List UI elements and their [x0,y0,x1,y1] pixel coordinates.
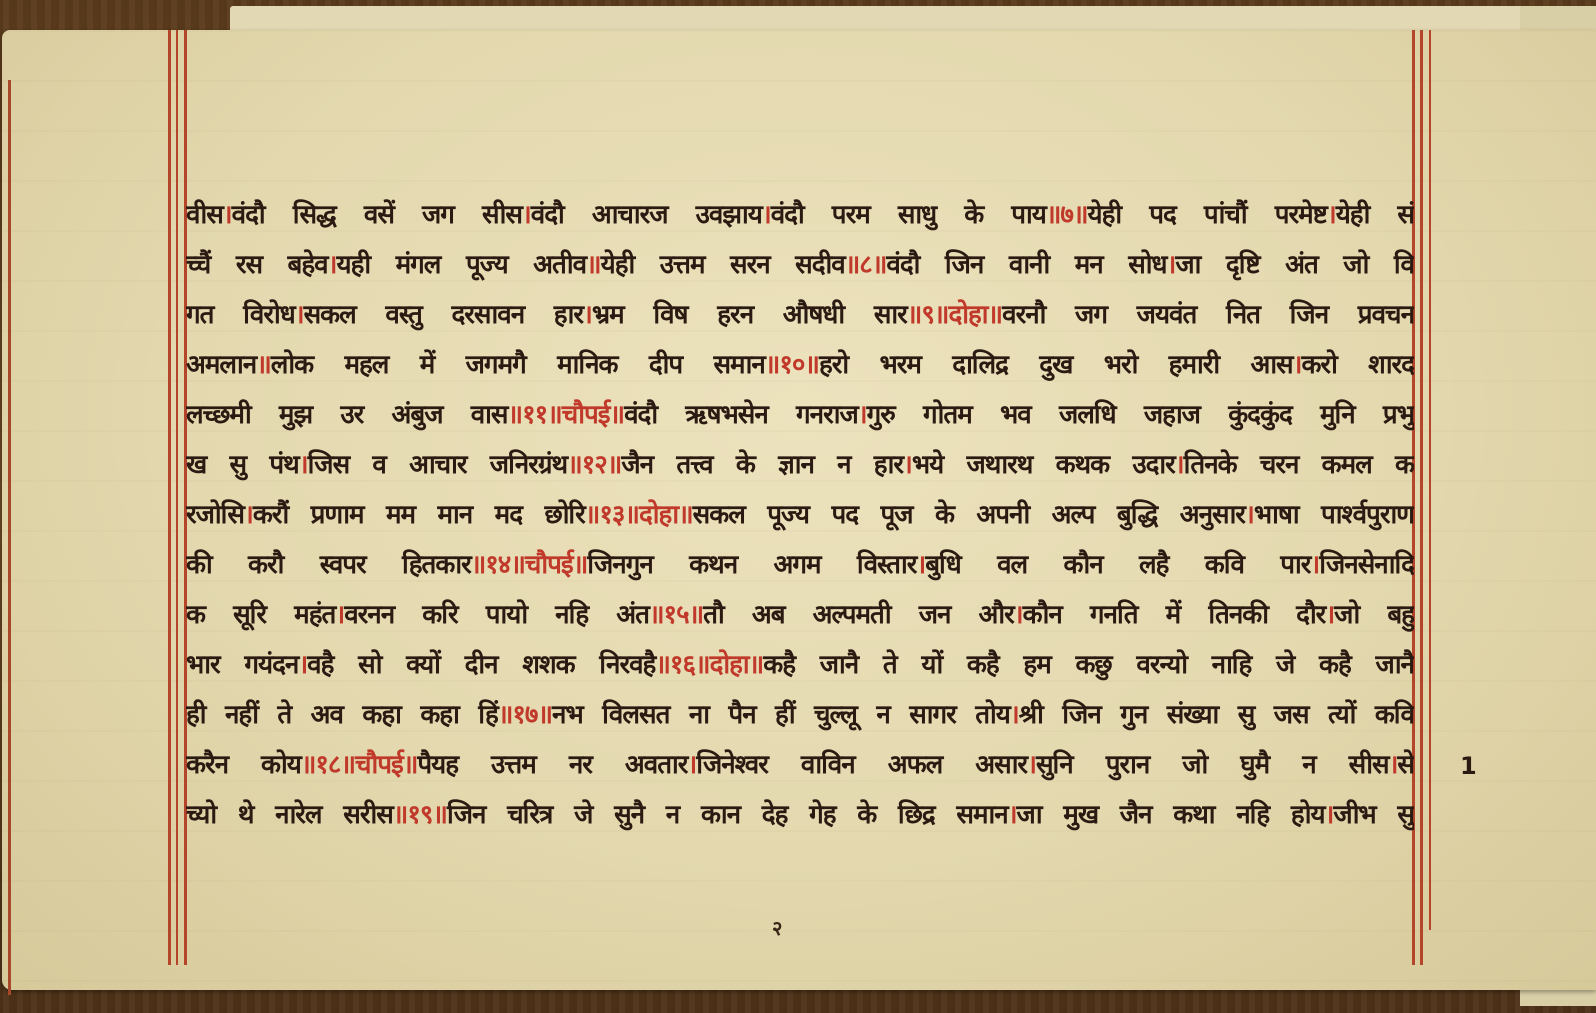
manuscript-text: करैन कोय [186,750,301,780]
red-rubric-text: दोहा [639,500,678,530]
manuscript-text: ख सु पंथ [186,450,299,480]
manuscript-text: वीस [186,200,223,230]
manuscript-text: अमलान [186,350,256,380]
right-border-rule-3 [1429,30,1431,930]
manuscript-text: भये जथारथ कथक उदार [912,450,1175,480]
red-rubric-text: दोहा [948,300,987,330]
manuscript-text: येही सं [1336,200,1414,230]
manuscript-text: जिस व आचार जनिरग्रंथ [308,450,568,480]
manuscript-text: वंदौ ऋषभसेन गनराज [624,400,858,430]
red-rubric-text: । [522,200,531,230]
red-rubric-text: ॥१७॥ [498,700,552,730]
manuscript-text: गुरु गोतम भव जलधि जहाज कुंदकुंद मुनि प्र… [867,400,1414,430]
manuscript-text: कौन गनति में तिनकी दौर [1023,600,1326,630]
red-rubric-text: । [916,550,925,580]
red-rubric-text: ॥८॥ [845,250,887,280]
red-rubric-text: । [335,600,344,630]
red-rubric-text: । [583,300,592,330]
manuscript-text: येही पद पांचौं परमेष्ट [1088,200,1327,230]
manuscript-text: सकल वस्तु दरसावन हार [304,300,583,330]
manuscript-line: ख सु पंथ।जिस व आचार जनिरग्रंथ॥१२॥जैन तत्… [186,440,1414,490]
manuscript-text: जिनेश्वर वाविन अफल असार [696,750,1027,780]
red-rubric-text: । [223,200,232,230]
manuscript-line: करैन कोय॥१८॥चौपई॥पैयह उत्तम नर अवतार।जिन… [186,740,1414,790]
red-rubric-text: । [687,750,696,780]
red-rubric-text: । [295,300,304,330]
manuscript-text: हरो भरम दालिद्र दुख भरो हमारी आस [819,350,1293,380]
manuscript-line: क सूरि महंत।वरनन करि पायो नहि अंत॥१५॥तौ … [186,590,1414,640]
manuscript-text: रजोसि [186,500,244,530]
red-rubric-text: ॥१०॥ [765,350,819,380]
manuscript-text: जीभ सु [1333,800,1414,830]
red-rubric-text: । [1310,550,1319,580]
red-rubric-text: । [1327,200,1336,230]
manuscript-text: च्यो थे नारेल सरीस [186,800,393,830]
manuscript-text: करौं प्रणाम मम मान मद छोरि [253,500,585,530]
red-rubric-text: दोहा [710,650,749,680]
manuscript-line: लच्छमी मुझ उर अंबुज वास॥११॥चौपई॥वंदौ ऋषभ… [186,390,1414,440]
red-rubric-text: । [1014,600,1023,630]
manuscript-text: जो बहु [1334,600,1414,630]
red-rubric-text: । [244,500,253,530]
manuscript-text: लोक महल में जगमगै मानिक दीप समान [271,350,765,380]
manuscript-text: पैयह उत्तम नर अवतार [417,750,687,780]
manuscript-text: जिनसेनादि [1319,550,1414,580]
manuscript-text-block: वीस।वंदौ सिद्ध वसें जग सीस।वंदौ आचारज उव… [186,190,1414,840]
left-border-rule-2 [176,30,178,965]
red-rubric-text: । [1010,700,1019,730]
red-rubric-text: । [858,400,867,430]
red-rubric-text: । [1027,750,1036,780]
manuscript-text: भार गयंदन [186,650,298,680]
manuscript-line: च्चैं रस बहेव।यही मंगल पूज्य अतीव॥येही उ… [186,240,1414,290]
manuscript-text: ही नहीं ते अव कहा कहा हिं [186,700,498,730]
red-rubric-text: ॥ [573,550,588,580]
red-rubric-text: ॥१४॥ [471,550,525,580]
manuscript-text: जैन तत्त्व के ज्ञान न हार [621,450,903,480]
manuscript-line: भार गयंदन।वहै सो क्यों दीन शशक निरवहै॥१६… [186,640,1414,690]
manuscript-text: वंदौ आचारज उवझाय [531,200,762,230]
red-rubric-text: ॥ [256,350,271,380]
red-rubric-text: । [903,450,912,480]
red-rubric-text: ॥१६॥ [655,650,709,680]
manuscript-text: भ्रम विष हरन औषधी सार [592,300,907,330]
manuscript-text: यही मंगल पूज्य अतीव [337,250,587,280]
red-rubric-text: । [328,250,337,280]
red-rubric-text: । [762,200,771,230]
red-rubric-text: ॥ [749,650,764,680]
red-rubric-text: चौपई [562,400,610,430]
red-rubric-text: ॥१५॥ [649,600,703,630]
manuscript-text: जा मुख जैन कथा नहि होय [1017,800,1325,830]
red-rubric-text: ॥ [586,250,601,280]
left-edge-red-rule [8,80,11,995]
red-rubric-text: ॥ [403,750,418,780]
manuscript-line: की करौ स्वपर हितकार॥१४॥चौपई॥जिनगुन कथन अ… [186,540,1414,590]
manuscript-text: गत विरोध [186,300,295,330]
folio-number-mark: २ [772,914,782,941]
manuscript-text: वंदौ जिन वानी मन सोध [886,250,1166,280]
red-rubric-text: चौपई [355,750,403,780]
right-border-rule-2 [1420,30,1423,965]
manuscript-text: क सूरि महंत [186,600,335,630]
manuscript-text: तौ अब अल्पमती जन और [703,600,1014,630]
left-border-rule-1 [168,30,171,965]
manuscript-text: वंदौ सिद्ध वसें जग सीस [232,200,522,230]
manuscript-text: करो शारद [1301,350,1414,380]
red-rubric-text: । [298,650,307,680]
manuscript-line: च्यो थे नारेल सरीस॥१९॥जिन चरित्र जे सुनै… [186,790,1414,840]
manuscript-text: की करौ स्वपर हितकार [186,550,471,580]
red-rubric-text: ॥ [609,400,624,430]
margin-page-number: 1 [1460,752,1477,780]
manuscript-text: सकल पूज्य पद पूज के अपनी अल्प बुद्धि अनु… [693,500,1245,530]
manuscript-text: च्चैं रस बहेव [186,250,328,280]
red-rubric-text: ॥ [988,300,1003,330]
red-rubric-text: ॥१८॥ [301,750,355,780]
manuscript-text: वहै सो क्यों दीन शशक निरवहै [307,650,655,680]
manuscript-text: येही उत्तम सरन सदीव [601,250,845,280]
manuscript-text: लच्छमी मुझ उर अंबुज वास [186,400,508,430]
manuscript-text: श्री जिन गुन संख्या सु जस त्यों कवि [1019,700,1414,730]
red-rubric-text: ॥७॥ [1046,200,1088,230]
red-rubric-text: ॥१२॥ [567,450,621,480]
red-rubric-text: ॥९॥ [907,300,949,330]
red-rubric-text: । [1325,600,1334,630]
manuscript-text: जिनगुन कथन अगम विस्तार [587,550,916,580]
manuscript-text: से [1397,750,1414,780]
red-rubric-text: ॥१९॥ [393,800,447,830]
manuscript-text: वरनन करि पायो नहि अंत [344,600,649,630]
manuscript-text: बुधि वल कौन लहै कवि पार [925,550,1310,580]
red-rubric-text: । [1008,800,1017,830]
manuscript-line: रजोसि।करौं प्रणाम मम मान मद छोरि॥१३॥दोहा… [186,490,1414,540]
manuscript-line: अमलान॥लोक महल में जगमगै मानिक दीप समान॥१… [186,340,1414,390]
red-rubric-text: चौपई [525,550,573,580]
manuscript-text: कहै जानै ते यों कहै हम कछु वरन्यो नाहि ज… [763,650,1414,680]
manuscript-text: जिन चरित्र जे सुनै न कान देह गेह के छिद्… [447,800,1008,830]
red-rubric-text: । [1245,500,1254,530]
manuscript-line: वीस।वंदौ सिद्ध वसें जग सीस।वंदौ आचारज उव… [186,190,1414,240]
manuscript-text: भाषा पार्श्वपुराण [1254,500,1414,530]
manuscript-text: तिनके चरन कमल क [1184,450,1414,480]
manuscript-text: सुनि पुरान जो घुमै न सीस [1036,750,1389,780]
manuscript-line: गत विरोध।सकल वस्तु दरसावन हार।भ्रम विष ह… [186,290,1414,340]
manuscript-text: नभ विलसत ना पैन हीं चुल्लू न सागर तोय [552,700,1010,730]
red-rubric-text: ॥१३॥ [585,500,639,530]
red-rubric-text: । [299,450,308,480]
red-rubric-text: ॥ [678,500,693,530]
manuscript-text: वरनौ जग जयवंत नित जिन प्रवचन [1002,300,1414,330]
red-rubric-text: । [1175,450,1184,480]
manuscript-text: जा दृष्टि अंत जो वि [1175,250,1414,280]
manuscript-text: वंदौ परम साधु के पाय [771,200,1046,230]
manuscript-line: ही नहीं ते अव कहा कहा हिं॥१७॥नभ विलसत ना… [186,690,1414,740]
red-rubric-text: ॥११॥ [508,400,562,430]
